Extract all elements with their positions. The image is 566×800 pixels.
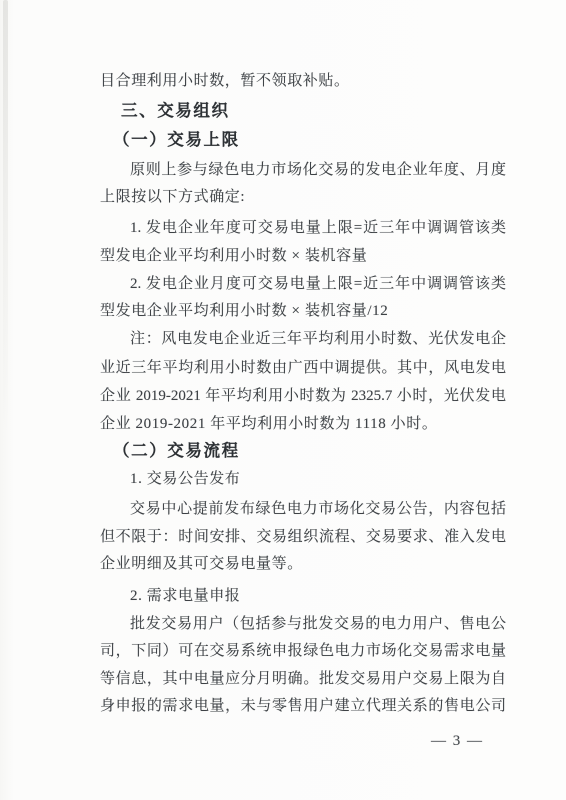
body-line: 但不限于：时间安排、交易组织流程、交易要求、准入发电 [100, 526, 506, 548]
body-line: 批发交易用户（包括参与批发交易的电力用户、售电公 [100, 613, 506, 635]
document-page: 目合理利用小时数，暂不领取补贴。 三、交易组织 （一）交易上限 原则上参与绿色电… [0, 0, 566, 800]
body-line: 型发电企业平均利用小时数 × 装机容量/12 [100, 300, 506, 322]
body-line: 原则上参与绿色电力市场化交易的发电企业年度、月度 [100, 159, 506, 181]
scan-edge-shadow [3, 0, 8, 432]
body-line: 企业明细及其可交易电量等。 [100, 553, 506, 575]
body-line: 企业 2019-2021 年平均利用小时数为 1118 小时。 [100, 413, 506, 435]
body-line: 目合理利用小时数，暂不领取补贴。 [100, 70, 506, 92]
numbered-item-line: 2. 需求电量申报 [100, 585, 536, 607]
body-line: 业近三年平均利用小时数由广西中调提供。其中，风电发电 [100, 357, 506, 379]
body-line: 上限按以下方式确定: [100, 186, 506, 208]
body-line: 身申报的需求电量，未与零售用户建立代理关系的售电公司 [100, 695, 506, 717]
numbered-item-line: 1. 交易公告发布 [100, 468, 536, 490]
body-line: 型发电企业平均利用小时数 × 装机容量 [100, 245, 506, 267]
page-number: — 3 — [431, 730, 484, 752]
body-line: 企业 2019-2021 年平均利用小时数为 2325.7 小时，光伏发电 [100, 385, 506, 407]
body-line: 等信息，其中电量应分月明确。批发交易用户交易上限为自 [100, 668, 506, 690]
numbered-item-line: 1. 发电企业年度可交易电量上限=近三年中调调管该类 [100, 217, 506, 239]
subsection-heading-3-1: （一）交易上限 [100, 129, 519, 151]
body-line: 交易中心提前发布绿色电力市场化交易公告，内容包括 [100, 498, 506, 520]
section-heading-3: 三、交易组织 [100, 100, 527, 122]
numbered-item-line: 2. 发电企业月度可交易电量上限=近三年中调调管该类 [100, 273, 506, 295]
subsection-heading-3-2: （二）交易流程 [100, 440, 519, 462]
note-line: 注：风电发电企业近三年平均利用小时数、光伏发电企 [100, 328, 506, 350]
body-line: 司，下同）可在交易系统申报绿色电力市场化交易需求电量 [100, 640, 506, 662]
